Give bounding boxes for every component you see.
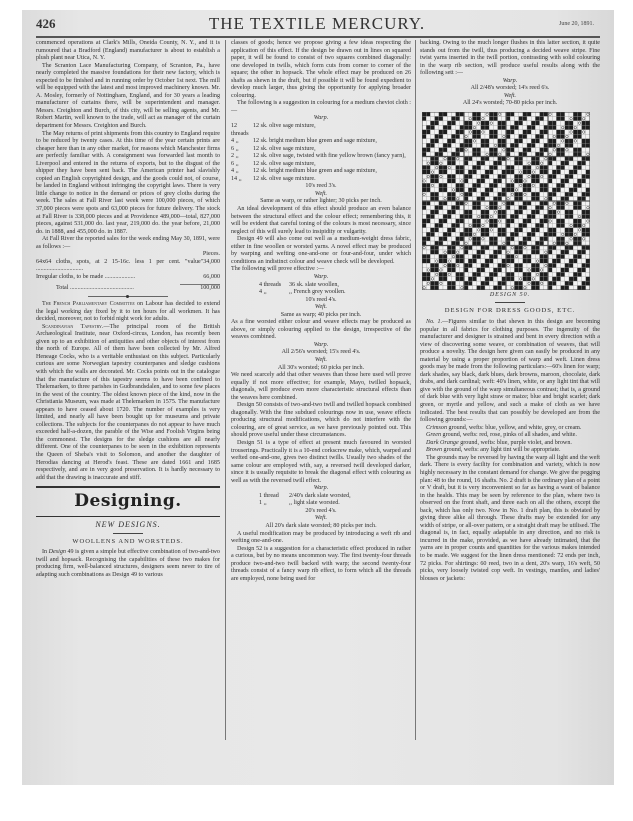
paragraph: In Design 49 is given a simple but effec… [36,549,220,579]
list-item: 6 ,,12 sk. olive sage mixture, [231,161,411,169]
sales-table: Pieces. 64x64 cloths, spots, at 2 15-16c… [36,251,220,292]
paragraph: The grounds may be reversed by having th… [420,455,600,583]
table-row: 64x64 cloths, spots, at 2 15-16c. less 1… [36,259,220,274]
column-2: classes of goods; hence we propose givin… [231,40,411,583]
paragraph: We need scarcely add that other weaves t… [231,372,411,402]
list-item: 4 ,,12 sk. bright medium blue green and … [231,168,411,176]
warp-list: 12 threads12 sk. olive sage mixture, 4 ,… [231,123,411,183]
weft-heading: Weft. [231,191,411,199]
warp-heading: Warp. [420,78,600,86]
list-item: 4 threads36 sk. slate woollen, [259,282,411,290]
reed-spec: 10's reed 4's. [231,297,411,305]
paragraph: Brown ground, wefts: any light tint will… [420,447,600,455]
header-rule [36,36,600,38]
paragraph: Design 50 consists of two-and-two twill … [231,402,411,440]
subsection-title: NEW DESIGNS. [36,521,220,529]
paragraph: backing. Owing to the much longer flushe… [420,40,600,78]
table-cell-label: 64x64 cloths, spots, at 2 15-16c. less 1… [36,259,203,274]
lead-in: Scandinavian Tapestry. [42,324,103,330]
issue-date: June 20, 1891. [559,21,594,27]
paragraph: Scandinavian Tapestry.—The principal roo… [36,324,220,482]
figure-caption: DESIGN 50. [420,292,600,300]
small-rule [113,533,143,534]
list-item: 1 ,,,, light slate worsted. [259,500,411,508]
warp-heading: Warp. [231,342,411,350]
weft-heading: Weft. [420,93,600,101]
section-rule [36,486,220,488]
ornament-divider [88,296,168,297]
weft-heading: Weft. [231,304,411,312]
table-total-row: Total ..................................… [36,285,220,293]
warp-heading: Warp. [231,274,411,282]
masthead-title: THE TEXTILE MERCURY. [36,14,598,34]
warp-spec: All 2/48's worsted; 14's reed 6's. [420,85,600,93]
paragraph: As a fine worsted either colour and weav… [231,319,411,342]
paragraph: The May returns of print shipments from … [36,131,220,237]
table-unit-header: Pieces. [36,251,220,259]
paragraph: commenced operations at Clark's Mills, O… [36,40,220,63]
weft-spec: All 30's worsted; 60 picks per inch. [231,365,411,373]
paragraph: At Fall River the reported sales for the… [36,236,220,251]
paragraph: Design 52 is a suggestion for a characte… [231,546,411,584]
paragraph: The following will prove effective :— [231,266,411,274]
list-item: 14 ,,12 sk. olive sage mixture. [231,176,411,184]
list-item: 2 ,,12 sk. olive sage, twisted with fine… [231,153,411,161]
list-item: 12 threads12 sk. olive sage mixture, [231,123,411,138]
list-item: 4 ,,,, French grey woollen. [259,289,411,297]
list-item: 4 ,,12 sk. bright medium blue green and … [231,138,411,146]
table-cell-label: Irregular cloths, to be made ...........… [36,274,203,282]
table-cell-value: 66,000 [203,274,220,282]
page-header: 426 THE TEXTILE MERCURY. June 20, 1891. [36,16,598,36]
section-title: DESIGN FOR DRESS GOODS, ETC. [420,307,600,315]
warp-list: 1 thread2/40's dark slate worsted, 1 ,,,… [231,493,411,508]
weft-heading: Weft. [231,357,411,365]
paragraph: The Scranton Lace Manufacturing Company,… [36,63,220,131]
table-cell-value: 34,000 [203,259,220,274]
small-rule [495,302,525,303]
table-total-label: Total ..................................… [56,285,200,293]
table-row: Irregular cloths, to be made ...........… [36,274,220,282]
column-divider [415,40,416,740]
paragraph: The French Parliamentary Committee on La… [36,301,220,324]
weave-draft-grid [422,112,590,290]
subsection-title: WOOLLENS AND WORSTEDS. [36,538,220,546]
weft-spec: Same as warp, or rather lighter; 30 pick… [231,198,411,206]
column-divider [225,40,226,740]
column-3: backing. Owing to the much longer flushe… [420,40,600,583]
list-item: 1 thread2/40's dark slate worsted, [259,493,411,501]
section-rule [36,516,220,517]
paragraph: Green ground, wefts: red, rose, pinks of… [420,432,600,440]
warp-heading: Warp. [231,485,411,493]
warp-heading: Warp. [231,115,411,123]
paragraph: Design 49 will also come out well as a m… [231,236,411,266]
column-1: commenced operations at Clark's Mills, O… [36,40,220,579]
reed-spec: 10's reed 3's. [231,183,411,191]
warp-list: 4 threads36 sk. slate woollen, 4 ,,,, Fr… [231,282,411,297]
section-title: Designing. [36,490,220,512]
paragraph: Design 51 is a type of effect at present… [231,440,411,485]
lead-in: The French Parliamentary Committee [42,301,135,307]
paragraph: No. 1.—Figures similar to that shewn in … [420,319,600,425]
paragraph: classes of goods; hence we propose givin… [231,40,411,100]
weft-heading: Weft. [231,515,411,523]
paragraph: A useful modification may be produced by… [231,531,411,546]
weft-spec: All 24's worsted; 70-80 picks per inch. [420,100,600,108]
design-figure [422,112,590,290]
table-total-value: 100,000 [200,285,220,293]
lead-in: No. 1. [426,319,442,325]
paragraph: The following is a suggestion in colouri… [231,100,411,115]
paragraph: An ideal development of this effect shou… [231,206,411,236]
weft-spec: All 20's dark slate worsted; 80 picks pe… [231,523,411,531]
warp-spec: All 2/56's worsted; 15's reed 4's. [231,349,411,357]
